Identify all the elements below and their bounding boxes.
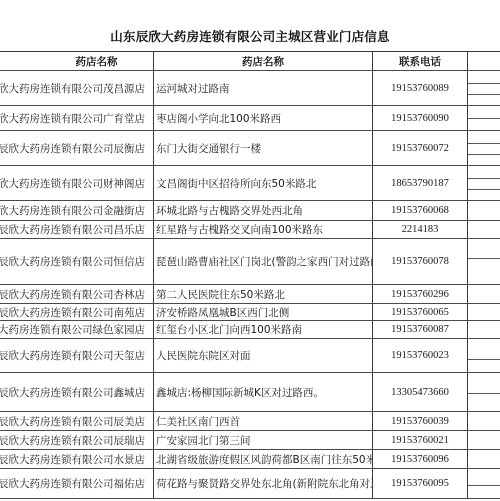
grid-subline: [468, 258, 500, 259]
grid-subline: [468, 485, 500, 486]
table-row: 山东辰欣大药房连锁有限公司辰瑞店 广安家园北门第三间 19153760021: [0, 431, 500, 450]
store-address-cell: 文昌阁街中区招待所向东50米路北: [154, 166, 373, 200]
store-address-cell: 广安家园北门第三间: [154, 431, 373, 449]
table-row: 山东辰欣大药房连锁有限公司鑫城店 鑫城店:杨柳国际新城K区对过路西。 13305…: [0, 373, 500, 412]
header-store-name: 药店名称: [0, 52, 154, 70]
table-row: 山东辰欣大药房连锁有限公司水景店 北湖省级旅游度假区风韵荷都B区南门往东50米 …: [0, 450, 500, 469]
store-name-cell: 山东辰欣大药房连锁有限公司广育堂店: [0, 106, 154, 130]
extra-cell: [468, 373, 500, 411]
store-name-cell: 山东辰欣大药房连锁有限公司财神阁店: [0, 166, 154, 200]
store-name-cell: 山东辰欣大药房连锁有限公司辰美店: [0, 412, 154, 430]
table-row: 山东辰欣大药房连锁有限公司天玺店 人民医院东院区对面 19153760023: [0, 339, 500, 373]
grid-subline: [468, 94, 500, 95]
store-phone-cell: 13305473660: [373, 373, 468, 411]
store-phone-cell: 19153760096: [373, 450, 468, 468]
store-address-cell: 济安桥路凤凰城B区西门北侧: [154, 304, 373, 320]
store-phone-cell: 19153760039: [373, 412, 468, 430]
extra-cell: [468, 221, 500, 238]
store-phone-cell: 19153760023: [373, 339, 468, 372]
store-address-cell: 第二人民医院往东50米路北: [154, 285, 373, 303]
store-name-cell: 山东辰欣大药房连锁有限公司昌乐店: [0, 221, 154, 238]
table-row: 山东辰欣大药房连锁有限公司财神阁店 文昌阁街中区招待所向东50米路北 18653…: [0, 166, 500, 201]
store-name-cell: 山东辰欣大药房连锁有限公司金融街店: [0, 201, 154, 220]
extra-cell: [468, 450, 500, 468]
table-row: 山东辰欣大药房连锁有限公司昌乐店 红星路与古槐路交叉向南100米路东 22141…: [0, 221, 500, 239]
grid-subline: [468, 178, 500, 179]
store-name-cell: 山东辰欣大药房连锁有限公司福佑店: [0, 469, 154, 498]
store-phone-cell: 19153760296: [373, 285, 468, 303]
header-store-address: 药店名称: [154, 52, 373, 70]
header-phone: 联系电话: [373, 52, 468, 70]
extra-cell: [468, 412, 500, 430]
store-address-cell: 红玺台小区北门向西100米路南: [154, 321, 373, 338]
table-row: 山东辰欣大药房连锁有限公司南苑店 济安桥路凤凰城B区西门北侧 191537600…: [0, 304, 500, 321]
store-phone-cell: 19153760078: [373, 239, 468, 284]
store-name-cell: 山东辰欣大药房连锁有限公司杏林店: [0, 285, 154, 303]
store-address-cell: 运河城对过路南: [154, 71, 373, 105]
store-address-cell: 枣店阁小学向北100米路西: [154, 106, 373, 130]
grid-subline: [468, 359, 500, 360]
store-table: 药店名称 药店名称 联系电话 山东辰欣大药房连锁有限公司茂昌源店 运河城对过路南…: [0, 51, 500, 499]
store-address-cell: 北湖省级旅游度假区风韵荷都B区南门往东50米: [154, 450, 373, 468]
store-address-cell: 仁美社区南门西首: [154, 412, 373, 430]
store-name-cell: 山东辰欣大药房连锁有限公司水景店: [0, 450, 154, 468]
table-row: 山东辰欣大药房连锁有限公司广育堂店 枣店阁小学向北100米路西 19153760…: [0, 106, 500, 131]
store-phone-cell: 19153760068: [373, 201, 468, 220]
grid-subline: [468, 154, 500, 155]
store-address-cell: 鑫城店:杨柳国际新城K区对过路西。: [154, 373, 373, 411]
extra-cell: [468, 469, 500, 498]
extra-cell: [468, 71, 500, 105]
document-title: 山东辰欣大药房连锁有限公司主城区营业门店信息: [0, 27, 500, 45]
grid-subline: [468, 83, 500, 84]
store-address-cell: 环城北路与古槐路交界处西北角: [154, 201, 373, 220]
store-name-cell: 山东辰欣大药房连锁有限公司恒信店: [0, 239, 154, 284]
extra-cell: [468, 339, 500, 372]
store-address-cell: 东门大街交通银行一楼: [154, 131, 373, 165]
extra-cell: [468, 431, 500, 449]
table-row: 山东辰欣大药房连锁有限公司福佑店 荷花路与聚贤路交界处东北角(新附院东北角对过)…: [0, 469, 500, 499]
table-row: 山东辰欣大药房连锁有限公司辰美店 仁美社区南门西首 19153760039: [0, 412, 500, 431]
store-address-cell: 琵琶山路曹庙社区门岗北(警韵之家西门对过路西): [154, 239, 373, 284]
store-phone-cell: 19153760021: [373, 431, 468, 449]
store-phone-cell: 18653790187: [373, 166, 468, 200]
extra-cell: [468, 239, 500, 284]
store-name-cell: 山东辰欣大药房连锁有限公司鑫城店: [0, 373, 154, 411]
extra-cell: [468, 166, 500, 200]
grid-subline: [468, 143, 500, 144]
store-phone-cell: 19153760089: [373, 71, 468, 105]
store-name-cell: 山东辰欣大药房连锁有限公司天玺店: [0, 339, 154, 372]
store-phone-cell: 19153760087: [373, 321, 468, 338]
store-name-cell: 山东辰欣大药房连锁有限公司绿色家园店: [0, 321, 154, 338]
table-row: 山东辰欣大药房连锁有限公司杏林店 第二人民医院往东50米路北 191537602…: [0, 285, 500, 304]
store-address-cell: 荷花路与聚贤路交界处东北角(新附院东北角对过): [154, 469, 373, 498]
store-address-cell: 红星路与古槐路交叉向南100米路东: [154, 221, 373, 238]
store-name-cell: 山东辰欣大药房连锁有限公司辰瑞店: [0, 431, 154, 449]
extra-cell: [468, 131, 500, 165]
table-row: 山东辰欣大药房连锁有限公司恒信店 琵琶山路曹庙社区门岗北(警韵之家西门对过路西)…: [0, 239, 500, 285]
grid-subline: [468, 393, 500, 394]
table-row: 山东辰欣大药房连锁有限公司辰衡店 东门大街交通银行一楼 19153760072: [0, 131, 500, 166]
extra-cell: [468, 304, 500, 320]
grid-subline: [468, 189, 500, 190]
header-extra: [468, 52, 500, 70]
store-name-cell: 山东辰欣大药房连锁有限公司茂昌源店: [0, 71, 154, 105]
store-phone-cell: 19153760065: [373, 304, 468, 320]
table-row: 山东辰欣大药房连锁有限公司绿色家园店 红玺台小区北门向西100米路南 19153…: [0, 321, 500, 339]
extra-cell: [468, 201, 500, 220]
store-address-cell: 人民医院东院区对面: [154, 339, 373, 372]
table-row: 山东辰欣大药房连锁有限公司茂昌源店 运河城对过路南 19153760089: [0, 71, 500, 106]
extra-cell: [468, 285, 500, 303]
store-phone-cell: 19153760072: [373, 131, 468, 165]
table-row: 山东辰欣大药房连锁有限公司金融街店 环城北路与古槐路交界处西北角 1915376…: [0, 201, 500, 221]
grid-subline: [468, 118, 500, 119]
store-phone-cell: 19153760090: [373, 106, 468, 130]
store-phone-cell: 2214183: [373, 221, 468, 238]
table-header-row: 药店名称 药店名称 联系电话: [0, 51, 500, 71]
store-phone-cell: 19153760095: [373, 469, 468, 498]
store-name-cell: 山东辰欣大药房连锁有限公司南苑店: [0, 304, 154, 320]
extra-cell: [468, 321, 500, 338]
store-name-cell: 山东辰欣大药房连锁有限公司辰衡店: [0, 131, 154, 165]
